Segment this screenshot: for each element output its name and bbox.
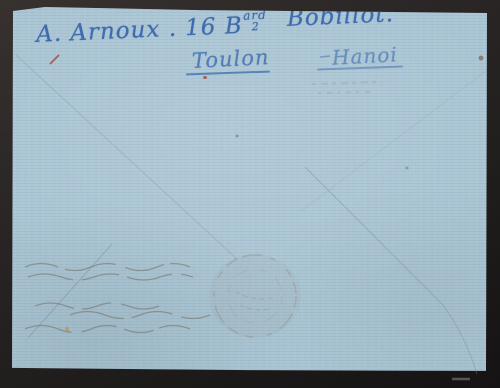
handstamp-row-2 bbox=[318, 92, 372, 93]
postmark-smudge bbox=[209, 254, 301, 338]
wavy-line-4 bbox=[70, 312, 210, 319]
wavy-line-1 bbox=[25, 264, 190, 271]
machine-cancel-wavy-lines bbox=[25, 264, 210, 333]
wavy-line-2 bbox=[28, 274, 193, 280]
faded-handstamp-mark bbox=[312, 82, 382, 93]
destination-dash-stroke bbox=[320, 56, 330, 57]
gray-speck-2 bbox=[406, 167, 409, 170]
yellow-speck bbox=[65, 327, 69, 331]
left-flap-crease bbox=[28, 244, 112, 338]
gray-speck-1 bbox=[236, 135, 239, 138]
photo-background: A. Arnoux . 16 Bard2Bobillot. Toulon Han… bbox=[0, 0, 500, 388]
handstamp-row-1 bbox=[312, 82, 382, 84]
wavy-line-5 bbox=[25, 326, 190, 333]
red-pen-speck bbox=[50, 55, 59, 64]
right-flap-crease bbox=[305, 167, 477, 374]
faded-circular-postmark bbox=[209, 254, 301, 338]
top-left-flap-crease bbox=[16, 55, 238, 260]
wavy-line-3 bbox=[35, 303, 159, 309]
postal-markings-overlay bbox=[0, 0, 500, 388]
brown-speck bbox=[479, 56, 484, 61]
